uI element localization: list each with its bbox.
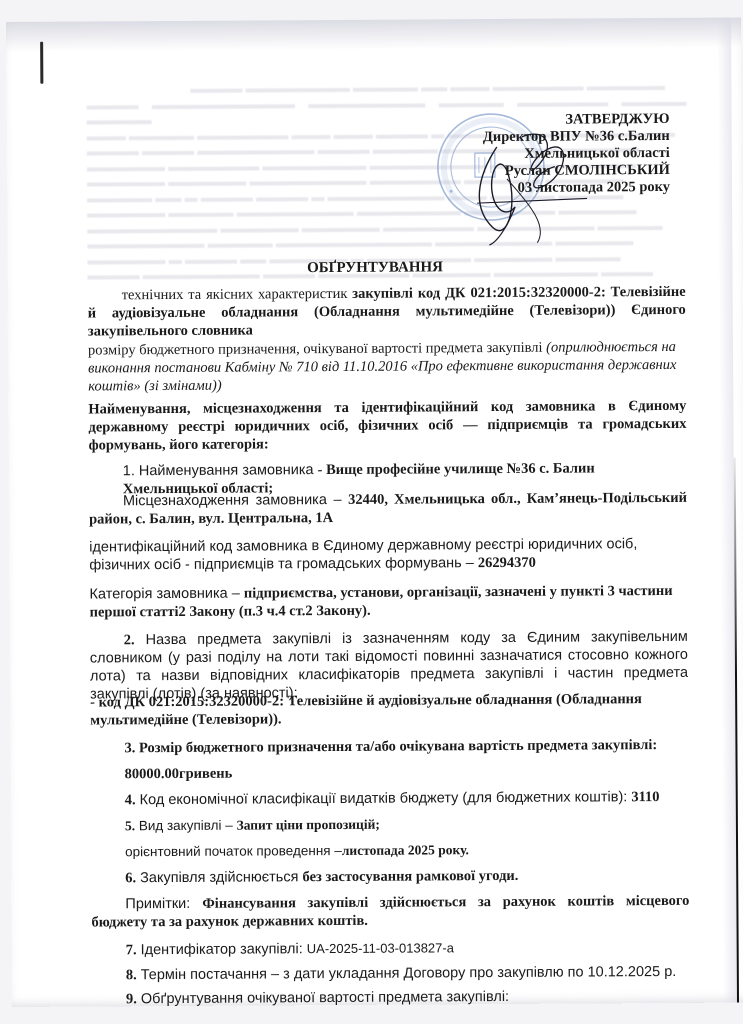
approval-heading: ЗАТВЕРДЖУЮ: [483, 111, 670, 129]
item-3-value: 80000.00гривень: [91, 762, 689, 784]
customer-category: Категорія замовника – підприємства, уста…: [89, 582, 687, 622]
item-6-number: 6.: [125, 870, 136, 886]
customer-category-label: Категорія замовника –: [89, 586, 243, 603]
scanned-document: ▬▬▬▬ ▬▬▬▬▬▬▬▬ ▬▬▬▬▬ ▬▬ ▬▬▬ ▬▬▬▬▬▬▬ ▬▬▬▬▬…: [0, 0, 743, 1024]
item-4-number: 4.: [125, 792, 136, 808]
approval-position: Директор ВПУ №36 с.Балин: [483, 128, 670, 146]
item-5-text: Вид закупівлі –: [135, 818, 237, 834]
item-7-text: Ідентифікатор закупівлі:: [136, 941, 306, 958]
customer-name-label: 1. Найменування замовника: [123, 462, 318, 479]
item-9-number: 9.: [126, 991, 137, 1007]
item-7-number: 7.: [126, 942, 137, 958]
item-8-number: 8.: [126, 967, 137, 983]
item-3-text: 3. Розмір бюджетного призначення та/або …: [124, 737, 657, 756]
item-3: 3. Розмір бюджетного призначення та/або …: [90, 736, 688, 758]
item-5-start: орієнтовний початок проведення –листопад…: [91, 840, 689, 862]
item-9-text: Обґрунтування очікуваної вартості предме…: [137, 989, 509, 1007]
intro-paragraph-2: розміру бюджетного призначення, очікуван…: [88, 338, 686, 396]
item-2-code-value: - код ДК 021:2015:32320000-2: Телевізійн…: [90, 691, 642, 728]
start-date-label: орієнтовний початок проведення –: [125, 843, 342, 859]
customer-code-value: 26294370: [478, 555, 536, 571]
item-2-number: 2.: [124, 632, 135, 648]
approval-region: Хмельницької області: [483, 145, 670, 163]
procurement-type-value: Запит ціни пропозицій;: [236, 817, 379, 833]
approval-name: Руслан СМОЛІНСЬКИЙ: [483, 162, 670, 180]
item-4: 4. Код економічної класифікації видатків…: [91, 788, 689, 810]
framework-agreement-value: без застосування рамкової угоди.: [302, 868, 518, 885]
customer-location: Місцезнаходження замовника – 32440, Хмел…: [89, 489, 687, 529]
item-5: 5. Вид закупівлі – Запит ціни пропозицій…: [91, 814, 689, 836]
item-6-text: Закупівля здійснюється: [136, 869, 302, 886]
item-6: 6. Закупівля здійснюється без застосуван…: [91, 866, 689, 888]
budget-code-value: 3110: [631, 789, 659, 805]
customer-code: ідентифікаційний код замовника в Єдиному…: [89, 535, 687, 575]
customer-location-label: Місцезнаходження замовника –: [123, 492, 348, 509]
margin-mark: [40, 42, 43, 84]
item-5-number: 5.: [125, 818, 135, 833]
intro-text-2: розміру бюджетного призначення, очікуван…: [88, 340, 546, 359]
customer-heading-text: Найменування, місцезнаходження та іденти…: [88, 398, 686, 454]
item-2-code: - код ДК 021:2015:32320000-2: Телевізійн…: [90, 690, 688, 730]
approval-block: ЗАТВЕРДЖУЮ Директор ВПУ №36 с.Балин Хмел…: [483, 111, 670, 197]
approval-date: 03 листопада 2025 року: [483, 179, 670, 197]
document-page: ▬▬▬▬ ▬▬▬▬▬▬▬▬ ▬▬▬▬▬ ▬▬ ▬▬▬ ▬▬▬▬▬▬▬ ▬▬▬▬▬…: [6, 18, 743, 1007]
start-date-value: листопада 2025 року.: [342, 842, 469, 858]
customer-heading: Найменування, місцезнаходження та іденти…: [88, 397, 686, 455]
item-8-text: Термін постачання – з дати укладання Дог…: [137, 964, 677, 983]
intro-text: технічних та якісних характеристик: [88, 286, 353, 304]
procurement-id-value: UA-2025-11-03-013827-a: [307, 940, 454, 956]
intro-paragraph-1: технічних та якісних характеристик закуп…: [88, 283, 686, 341]
item-7: 7. Ідентифікатор закупівлі: UA-2025-11-0…: [92, 938, 690, 960]
notes: Примітки: Фінансування закупівлі здійсню…: [91, 892, 689, 932]
document-title: ОБҐРУНТУВАННЯ: [7, 257, 742, 279]
page-shadow: [6, 18, 741, 52]
item-8: 8. Термін постачання – з дати укладання …: [92, 963, 690, 985]
notes-label: Примітки:: [125, 896, 202, 912]
item-4-text: Код економічної класифікації видатків бю…: [136, 789, 632, 808]
item-9: 9. Обґрунтування очікуваної вартості пре…: [92, 987, 690, 1009]
customer-code-label: ідентифікаційний код замовника в Єдиному…: [89, 536, 637, 573]
expected-cost-value: 80000.00гривень: [125, 766, 233, 783]
